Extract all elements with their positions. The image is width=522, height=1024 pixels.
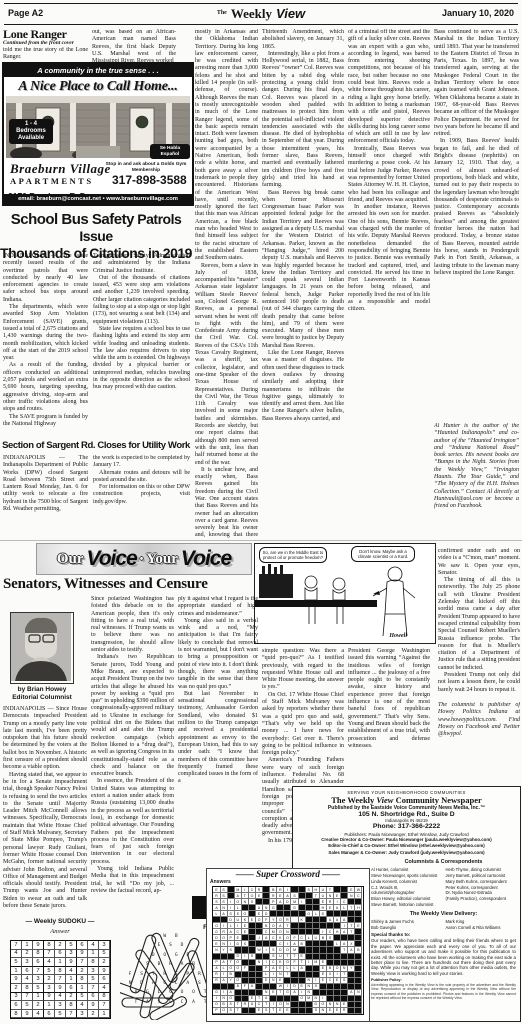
paragraph: simple question: Was there a “quid pro-q… bbox=[262, 648, 344, 692]
paragraph: In another instance, Reeves arrested his… bbox=[348, 204, 430, 313]
howey-portrait-graphic bbox=[11, 613, 71, 681]
sudoku-cell: 1 bbox=[66, 975, 77, 984]
paragraph: In essence, the President of the United … bbox=[91, 778, 174, 866]
paragraph: Alternate routes and detours will be pos… bbox=[93, 470, 190, 485]
editorial-headline: Senators, Witnesses and Censure bbox=[3, 576, 259, 593]
ad-phone: 317-898-3588 bbox=[112, 173, 187, 187]
lone-ranger-author-bio: Al Hunter is the author of the “Haunted … bbox=[434, 423, 519, 538]
paragraph: out, was based on an African-American ma… bbox=[92, 29, 176, 63]
sudoku-cell: 9 bbox=[99, 967, 110, 976]
sudoku-cell: 8 bbox=[22, 984, 33, 993]
sudoku-cell: 8 bbox=[33, 950, 44, 959]
paragraph: INDIANAPOLIS — The Indianapolis Departme… bbox=[3, 455, 88, 513]
sudoku-cell: 2 bbox=[44, 975, 55, 984]
crossword-cell bbox=[249, 1008, 256, 1014]
paragraph: Al Hunter is the author of the “Haunted … bbox=[434, 423, 519, 511]
crossword-cell: E bbox=[256, 1008, 263, 1014]
paragraph: The departments, which were awarded Stop… bbox=[3, 304, 88, 362]
sudoku-cell: 6 bbox=[99, 975, 110, 984]
sudoku-cell: 7 bbox=[66, 1010, 77, 1019]
masthead-staff-line: Sales Manager & Co-Owner: Judy Crawford … bbox=[293, 850, 520, 856]
sudoku-cell: 4 bbox=[44, 958, 55, 967]
masthead-columnist: Steve Barnett, historian columnist bbox=[371, 902, 442, 908]
braeburn-village-ad: A community in the true sense . . . A Ni… bbox=[2, 62, 194, 206]
sudoku-subtitle: Answer bbox=[4, 928, 116, 935]
paragraph: Young also said in a verbal wink and a n… bbox=[178, 618, 258, 691]
sudoku-cell: 4 bbox=[77, 1001, 88, 1010]
byline-name: by Brian Howey bbox=[18, 686, 67, 693]
sudoku-cell: 8 bbox=[66, 1001, 77, 1010]
columnists-left: Al Hunter, columnistSteve Nicewanger, sp… bbox=[371, 867, 442, 908]
masthead-title-1: The Weekly bbox=[331, 795, 374, 805]
sudoku-cell: 9 bbox=[22, 1010, 33, 1019]
sudoku-cell: 5 bbox=[11, 958, 22, 967]
editorial-byline: by Brian Howey Editorial Columnist bbox=[0, 686, 84, 702]
paragraph: On Oct. 17 White House Chief of Staff Mi… bbox=[262, 692, 344, 758]
header-bottom-rule bbox=[4, 24, 518, 25]
paragraph: of a criminal off the street and the gif… bbox=[348, 29, 430, 146]
masthead-thanks-text: Our readers, who have been calling and t… bbox=[371, 938, 516, 976]
sudoku-cell: 2 bbox=[88, 1010, 99, 1019]
ad-big-headline: A Nice Place to Call Home... bbox=[4, 77, 192, 96]
sudoku-cell: 7 bbox=[77, 958, 88, 967]
paragraph: The SAVE program is funded by the Nation… bbox=[3, 414, 88, 429]
crossword-subtitle: Answers bbox=[210, 879, 369, 885]
delivery-left: Shirley & James FuchsBob Gaveglio bbox=[371, 919, 442, 931]
masthead-thanks-heading: Special thanks to: bbox=[371, 932, 516, 937]
sudoku-cell: 5 bbox=[22, 1001, 33, 1010]
sudoku-cell: 6 bbox=[11, 1001, 22, 1010]
ad-apartments-label: APARTMENTS bbox=[10, 176, 94, 186]
sudoku-cell: 9 bbox=[66, 958, 77, 967]
masthead-delivery-heading: The Weekly View Delivery: bbox=[371, 911, 516, 917]
newspaper-page: Page A2 The Weekly View January 10, 2020… bbox=[0, 0, 522, 1024]
sudoku-cell: 9 bbox=[44, 993, 55, 1002]
sargent-col2: the work is expected to be completed by … bbox=[93, 455, 190, 538]
paragraph: Transportation Safety Administration and… bbox=[93, 253, 190, 275]
masthead-phone: Phone: 317-366-2222 bbox=[293, 823, 520, 830]
crossword-cell: O bbox=[221, 1008, 228, 1014]
lone-ranger-col5: of a criminal off the street and the gif… bbox=[348, 29, 430, 538]
school-bus-col1: INDIANAPOLIS — The state recently issued… bbox=[3, 253, 88, 435]
crossword-cell: E bbox=[277, 1008, 284, 1014]
sudoku-cell: 1 bbox=[33, 993, 44, 1002]
masthead-columnist: C.J. Woods III, columnist/photographer bbox=[371, 885, 442, 897]
paragraph: INDIANAPOLIS — Since House Democrats imp… bbox=[3, 706, 87, 772]
paragraph: Interestingly, like a plot from a Hollyw… bbox=[262, 51, 344, 190]
sudoku-cell: 3 bbox=[55, 1001, 66, 1010]
paragraph: Out of the thousands of citations issued… bbox=[93, 275, 190, 326]
lone-ranger-continued: Continued from the front cover bbox=[3, 40, 93, 46]
sudoku-cell: 3 bbox=[44, 984, 55, 993]
crossword-cell bbox=[355, 1008, 362, 1014]
sudoku-cell: 5 bbox=[44, 967, 55, 976]
crossword-cell: T bbox=[270, 1008, 277, 1014]
nameplate-view: View bbox=[276, 6, 305, 21]
sudoku-cell: 1 bbox=[77, 984, 88, 993]
sudoku-cell: 3 bbox=[66, 950, 77, 959]
crossword-cell: P bbox=[213, 1008, 220, 1014]
sudoku-cell: 5 bbox=[66, 941, 77, 950]
paragraph: the work is expected to be completed by … bbox=[93, 455, 190, 470]
paragraph: Having stated that, we appear to be in f… bbox=[3, 772, 87, 910]
paragraph: But last November in sensational congres… bbox=[178, 691, 258, 786]
sudoku-cell: 1 bbox=[55, 958, 66, 967]
sudoku-cell: 2 bbox=[99, 958, 110, 967]
paragraph: It is unclear how, and exactly when, Bas… bbox=[195, 467, 258, 538]
crossword-cell: S bbox=[263, 1008, 270, 1014]
sudoku-cell: 6 bbox=[88, 993, 99, 1002]
sudoku-cell: 4 bbox=[55, 993, 66, 1002]
sudoku-cell: 3 bbox=[77, 1010, 88, 1019]
ad-bedrooms-badge: 1 - 4 Bedrooms Available bbox=[9, 119, 53, 144]
sudoku-cell: 7 bbox=[11, 941, 22, 950]
editorial-note: The columnist is publisher of Howey Poli… bbox=[438, 702, 520, 764]
columnists-right: Herb Thyme, dining columnistJerry Barnet… bbox=[446, 867, 517, 908]
banner-bullet: • bbox=[140, 554, 144, 565]
sudoku-cell: 5 bbox=[33, 984, 44, 993]
crossword-grid: ESMICRBRISHUTEWRSATOEREASTUNENCSSIONSPAD… bbox=[212, 886, 363, 1015]
masthead-staff: Creative Director & Co-Owner: Paula Nice… bbox=[293, 837, 520, 856]
sudoku-cell: 3 bbox=[33, 975, 44, 984]
paragraph: Bass Reeves big break came when former M… bbox=[262, 190, 344, 351]
sudoku-cell: 2 bbox=[33, 1001, 44, 1010]
crossword-answer-box: —— Super Crossword —— Answers ESMICRBRIS… bbox=[206, 868, 370, 1022]
lone-ranger-col2: out, was based on an African-American ma… bbox=[92, 29, 176, 63]
masthead-columnist: Steve Nicewanger, sports columnist bbox=[371, 873, 442, 879]
sudoku-cell: 9 bbox=[77, 950, 88, 959]
sudoku-cell: 1 bbox=[22, 941, 33, 950]
crossword-cell: N bbox=[320, 1008, 327, 1014]
sudoku-cell: 8 bbox=[99, 993, 110, 1002]
sudoku-cell: 2 bbox=[55, 941, 66, 950]
paragraph: Since polarized Washington has foisted t… bbox=[91, 596, 174, 654]
sudoku-cell: 8 bbox=[77, 975, 88, 984]
cartoon-signature: Howell bbox=[389, 633, 407, 639]
sudoku-answer-grid: 7198256434287639155364197821675842399432… bbox=[10, 940, 111, 1019]
sudoku-cell: 1 bbox=[11, 967, 22, 976]
sargent-headline: Section of Sargent Rd. Closes for Utilit… bbox=[0, 440, 192, 451]
delivery-right: Mark KingAaron Cornell & Rita Williams bbox=[446, 919, 517, 931]
sudoku-cell: 2 bbox=[22, 950, 33, 959]
editorial-col2: Since polarized Washington has foisted t… bbox=[91, 596, 174, 908]
editorial-col1: INDIANAPOLIS — Since House Democrats imp… bbox=[3, 706, 87, 910]
crossword-cell bbox=[306, 1008, 313, 1014]
lone-ranger-col1: told me the true story of the Lone Range… bbox=[3, 47, 88, 62]
masthead-columnist: (Family Practice), correspondent bbox=[446, 896, 517, 902]
school-bus-headline-bold: School Bus Safety bbox=[11, 211, 134, 228]
paragraph: INDIANAPOLIS — The state recently issued… bbox=[3, 253, 88, 304]
paragraph: confirmed under oath and on video is a “… bbox=[438, 548, 520, 577]
masthead-policy-text: Advertising appearing in the Weekly View… bbox=[371, 983, 516, 1000]
nameplate-weekly: Weekly bbox=[231, 6, 272, 21]
paragraph: President Trump not only did not learn a… bbox=[438, 672, 520, 694]
brian-howey-photo bbox=[10, 612, 74, 684]
paragraph: Bass continued to serve as a U.S. Marsha… bbox=[434, 29, 519, 138]
crossword-cell bbox=[348, 1008, 355, 1014]
sudoku-cell: 3 bbox=[22, 958, 33, 967]
sargent-col1: INDIANAPOLIS — The Indianapolis Departme… bbox=[3, 455, 88, 538]
sudoku-cell: 6 bbox=[55, 950, 66, 959]
ad-braeburn-logo: Braeburn Village bbox=[10, 161, 111, 177]
cartoon-speech-bubble-1: So, are we in the Middle East to protect… bbox=[259, 547, 327, 563]
school-bus-col2: Transportation Safety Administration and… bbox=[93, 253, 190, 435]
ad-top-banner: A community in the true sense . . . bbox=[4, 64, 192, 77]
paragraph: The timing of all this is noteworthy. Th… bbox=[438, 577, 520, 672]
ad-espanol-badge: Se Habla Español bbox=[150, 144, 190, 159]
crossword-cell bbox=[299, 1008, 306, 1014]
crossword-cell: S bbox=[228, 1008, 235, 1014]
sudoku-cell: 1 bbox=[44, 1001, 55, 1010]
sudoku-cell: 2 bbox=[66, 993, 77, 1002]
masthead-columnists-heading: Columnists & Correspondents bbox=[371, 859, 516, 865]
banner-voice1: Voice bbox=[86, 547, 136, 571]
lone-ranger-col6: Bass continued to serve as a U.S. Marsha… bbox=[434, 29, 519, 421]
sudoku-cell: 7 bbox=[88, 984, 99, 993]
sudoku-cell: 7 bbox=[44, 950, 55, 959]
crossword-cell: E bbox=[334, 1008, 341, 1014]
sudoku-cell: 5 bbox=[77, 993, 88, 1002]
paragraph: In 1909, Bass Reeves' health began to fa… bbox=[434, 138, 519, 277]
sudoku-cell: 9 bbox=[88, 1001, 99, 1010]
crossword-cell: R bbox=[341, 1008, 348, 1014]
our-voice-banner: Our Voice • Your Voice bbox=[36, 543, 252, 575]
sudoku-cell: 4 bbox=[33, 1010, 44, 1019]
crossword-cell: E bbox=[284, 1008, 291, 1014]
sudoku-cell: 5 bbox=[55, 1010, 66, 1019]
crossword-cell: T bbox=[235, 1008, 242, 1014]
paragraph: Like the Lone Ranger, Reeves was a maste… bbox=[262, 350, 344, 423]
sudoku-cell: 7 bbox=[33, 967, 44, 976]
sudoku-cell: 6 bbox=[22, 967, 33, 976]
ad-email-bar: email: braeburn@comcast.net • www.braebu… bbox=[4, 194, 192, 204]
paragraph: Thirteenth Amendment, which abolished sl… bbox=[262, 29, 344, 51]
sudoku-cell: 7 bbox=[99, 1001, 110, 1010]
masthead-address: 105 N. Shortridge Rd., Suite D bbox=[293, 811, 520, 818]
crossword-cell: E bbox=[327, 1008, 334, 1014]
paragraph: told me the true story of the Lone Range… bbox=[3, 47, 88, 62]
sudoku-cell: 3 bbox=[88, 967, 99, 976]
sudoku-cell: 6 bbox=[66, 984, 77, 993]
banner-voice2: Voice bbox=[181, 547, 231, 571]
sudoku-cell: 2 bbox=[11, 984, 22, 993]
sudoku-cell: 8 bbox=[11, 1010, 22, 1019]
sudoku-cell: 5 bbox=[88, 975, 99, 984]
paragraph: Young told Indiana Public Media that in … bbox=[91, 866, 174, 895]
paragraph: The columnist is publisher of Howey Poli… bbox=[438, 702, 520, 738]
sudoku-cell: 1 bbox=[88, 950, 99, 959]
editorial-col5: President George Washington issued this … bbox=[348, 648, 430, 786]
sudoku-cell: 7 bbox=[55, 975, 66, 984]
masthead-title-2: View bbox=[376, 795, 393, 805]
sudoku-cell: 4 bbox=[99, 984, 110, 993]
sudoku-cell: 4 bbox=[22, 975, 33, 984]
crossword-title: —— Super Crossword —— bbox=[207, 869, 369, 879]
paragraph: Reeves, born a slave in July of 1838, ac… bbox=[195, 263, 258, 467]
sudoku-cell: 9 bbox=[55, 984, 66, 993]
masthead-columnists: Al Hunter, columnistSteve Nicewanger, sp… bbox=[371, 867, 516, 908]
section-divider-rule bbox=[0, 540, 522, 541]
cartoon-speech-bubble-2: Don't know. Maybe ask a climate scientis… bbox=[351, 546, 415, 562]
sudoku-cell: 4 bbox=[88, 941, 99, 950]
paragraph: For information on this or other DPW con… bbox=[93, 484, 190, 506]
lone-ranger-col4: Thirteenth Amendment, which abolished sl… bbox=[262, 29, 344, 538]
sudoku-cell: 7 bbox=[22, 993, 33, 1002]
sudoku-cell: 8 bbox=[88, 958, 99, 967]
masthead-title: The Weekly View Community Newspaper bbox=[293, 795, 520, 805]
masthead-delivery-person: Aaron Cornell & Rita Williams bbox=[446, 925, 517, 931]
paragraph: As a result of the funding, officers con… bbox=[3, 362, 88, 413]
issue-date: January 10, 2020 bbox=[442, 8, 514, 18]
masthead-delivery: Shirley & James FuchsBob Gaveglio Mark K… bbox=[371, 919, 516, 931]
sudoku-cell: 6 bbox=[33, 958, 44, 967]
sudoku-cell: 8 bbox=[44, 941, 55, 950]
masthead-columnist: Mary Beth Kuhns, correspondent bbox=[446, 879, 517, 885]
paragraph: mostly in Arkansas and the Oklahoma Indi… bbox=[195, 29, 258, 263]
paragraph: Indiana's two Republican Senate jurors, … bbox=[91, 654, 174, 778]
sudoku-title: — Weekly SUDOKU — bbox=[4, 918, 116, 925]
crossword-cell bbox=[242, 1008, 249, 1014]
lone-ranger-col3: mostly in Arkansas and the Oklahoma Indi… bbox=[195, 29, 258, 538]
paragraph: President George Washington issued this … bbox=[348, 648, 430, 750]
header-top-rule bbox=[4, 3, 518, 4]
sudoku-cell: 9 bbox=[11, 975, 22, 984]
sudoku-cell: 6 bbox=[44, 1010, 55, 1019]
nameplate-the: The bbox=[217, 10, 227, 16]
paragraph: State law requires a school bus to use f… bbox=[93, 326, 190, 392]
sudoku-cell: 3 bbox=[11, 993, 22, 1002]
masthead-policy-heading: Publisher Policy: bbox=[371, 978, 516, 982]
sudoku-cell: 6 bbox=[77, 941, 88, 950]
editorial-col3: ply it against what I regard is the appr… bbox=[178, 596, 258, 892]
masthead-title-3: Community Newspaper bbox=[396, 795, 482, 805]
sudoku-cell: 2 bbox=[77, 967, 88, 976]
sudoku-cell: 5 bbox=[99, 950, 110, 959]
editorial-col6: confirmed under oath and on video is a “… bbox=[438, 548, 520, 698]
sudoku-cell: 1 bbox=[99, 1010, 110, 1019]
sudoku-cell: 9 bbox=[33, 941, 44, 950]
ad-gym-note: Stop in and ask about a Golds Gym Member… bbox=[104, 162, 188, 173]
crossword-cell bbox=[291, 1008, 298, 1014]
byline-title: Editorial Columnist bbox=[12, 694, 72, 701]
sudoku-cell: 8 bbox=[55, 967, 66, 976]
sudoku-cell: 3 bbox=[99, 941, 110, 950]
banner-your: Your bbox=[146, 551, 178, 568]
paragraph: Ironically, Bass Reeves was himself once… bbox=[348, 146, 430, 204]
masthead-delivery-person: Bob Gaveglio bbox=[371, 925, 442, 931]
banner-our: Our bbox=[57, 551, 84, 568]
editorial-cartoon: So, are we in the Middle East to protect… bbox=[254, 543, 436, 644]
paragraph: ply it against what I regard is the appr… bbox=[178, 596, 258, 618]
sudoku-cell: 4 bbox=[66, 967, 77, 976]
crossword-cell: S bbox=[313, 1008, 320, 1014]
sudoku-cell: 4 bbox=[11, 950, 22, 959]
